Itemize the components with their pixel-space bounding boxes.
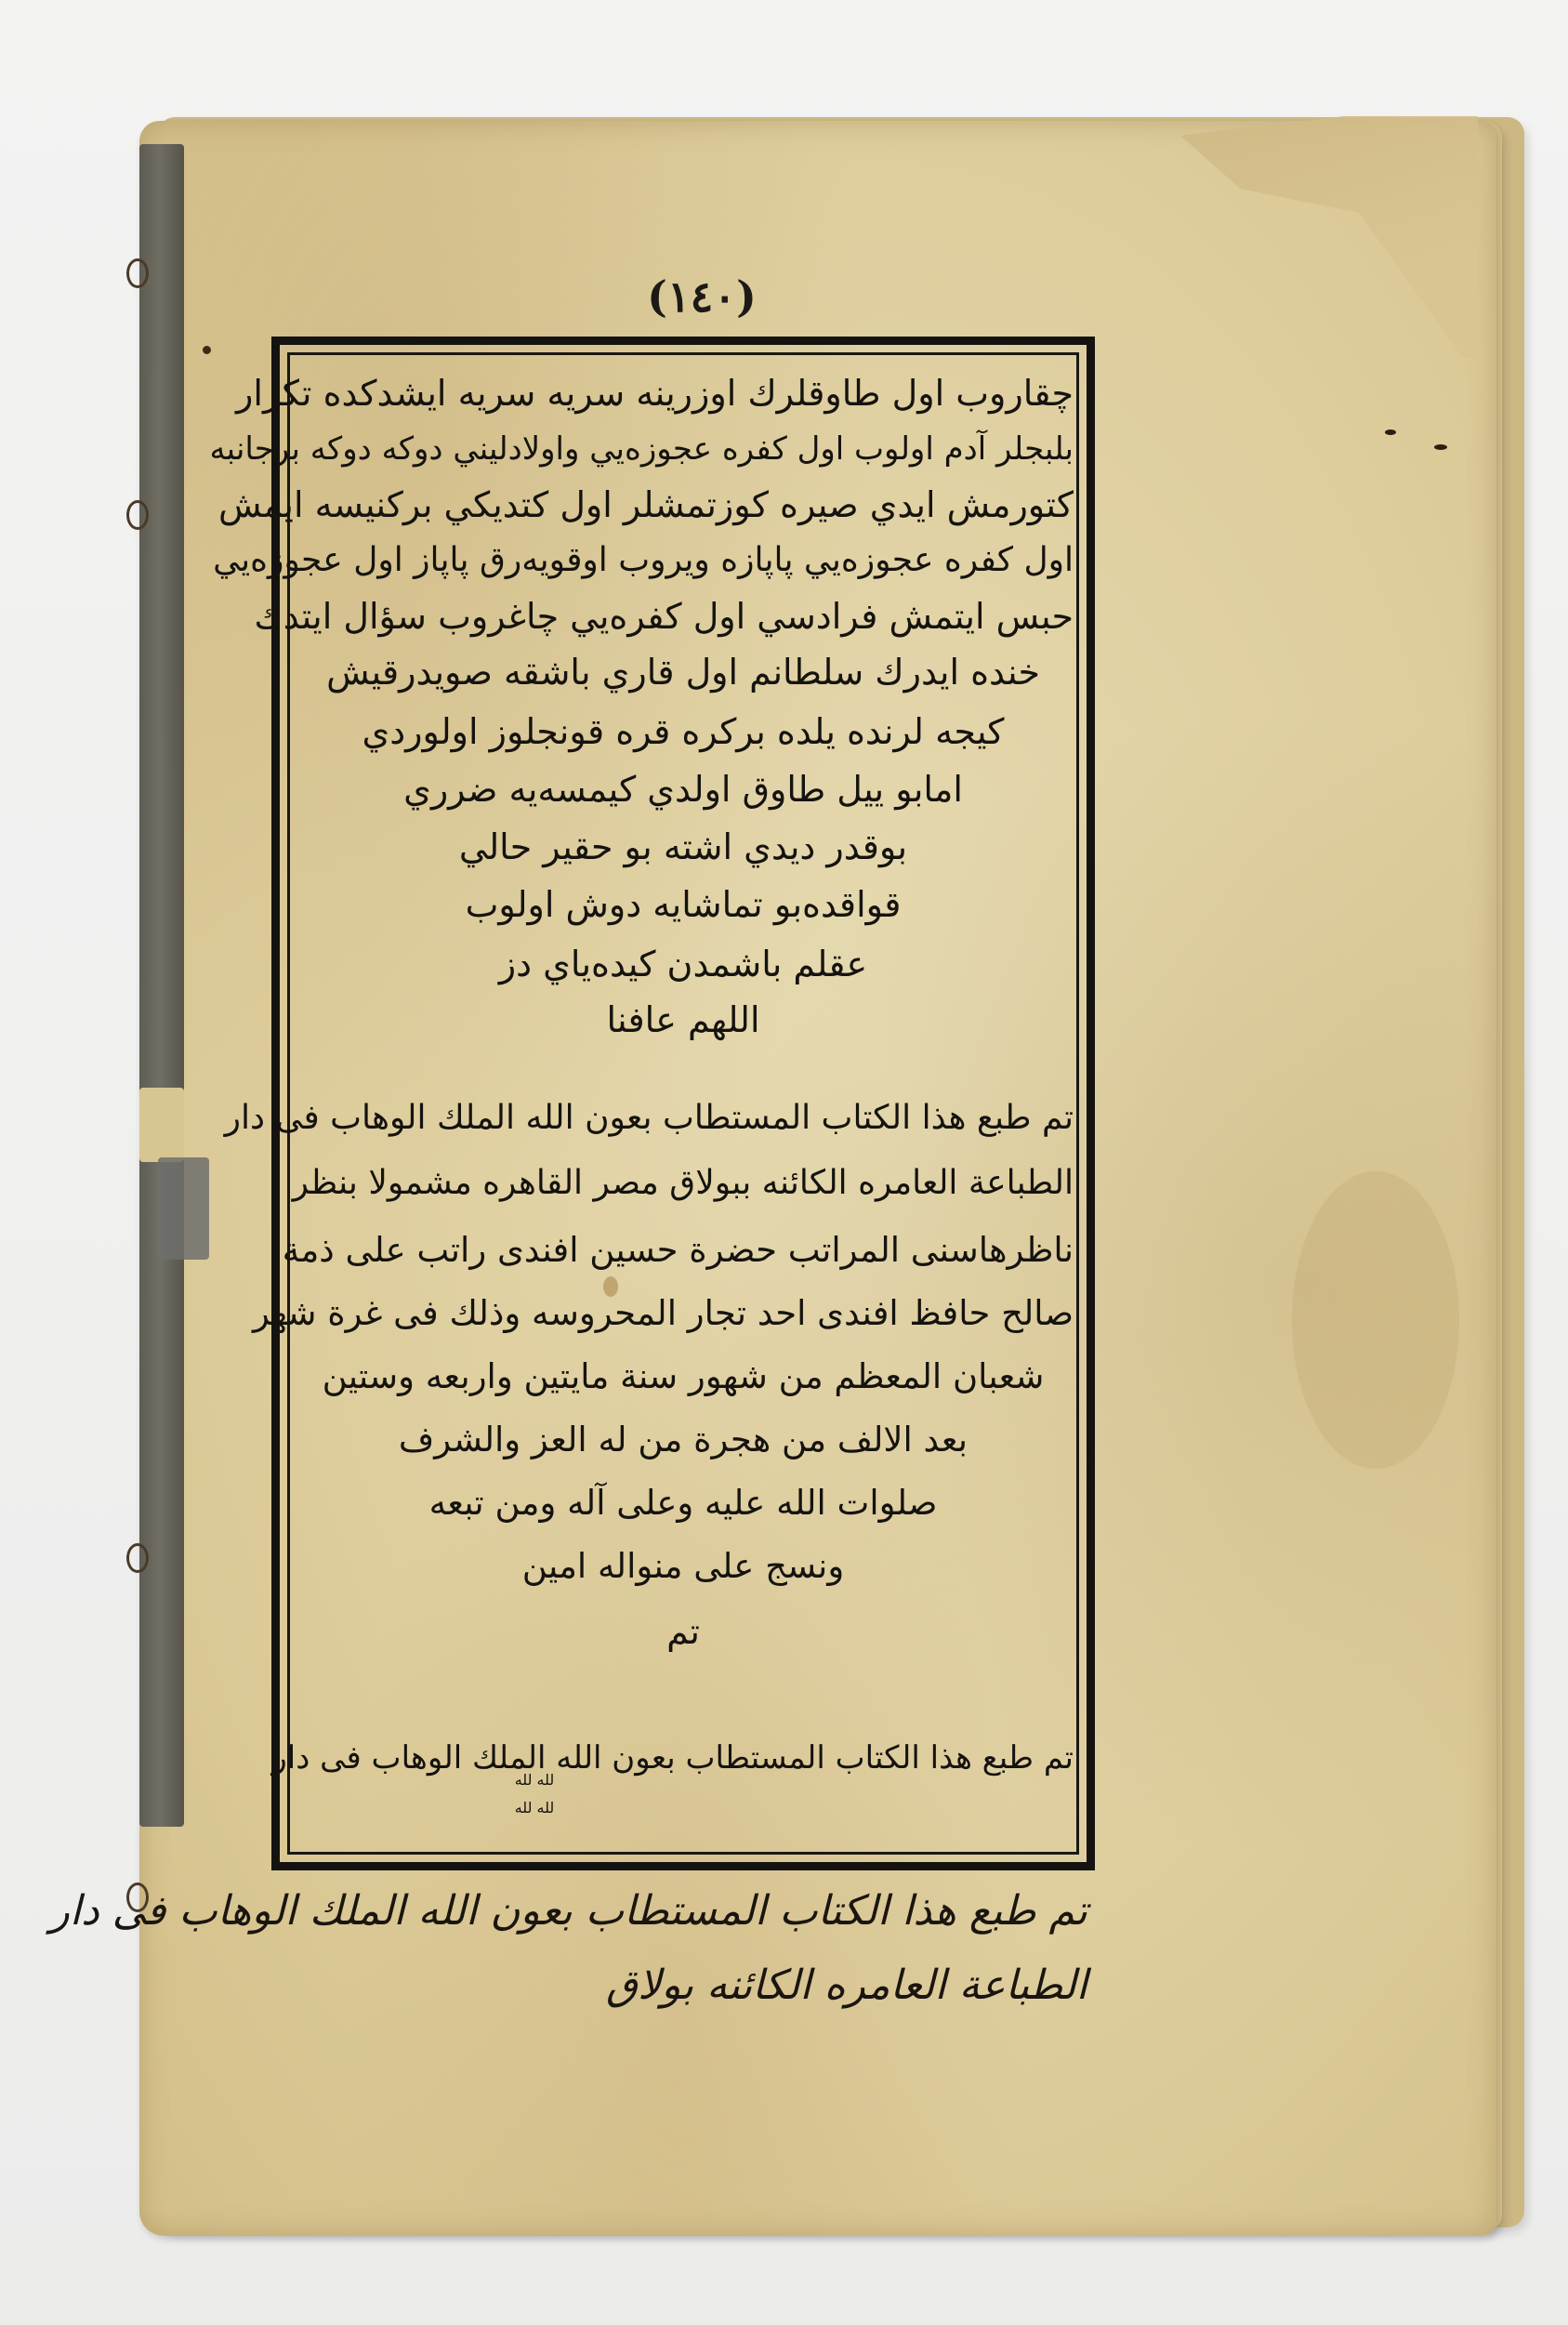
handwritten-mark: لله لله xyxy=(488,1771,581,1790)
stitch-thread xyxy=(126,258,149,288)
ink-spot xyxy=(203,346,211,354)
ink-spot xyxy=(1385,429,1396,435)
colophon-line: صالح حافظ افندى احد تجار المحروسه وذلك ف… xyxy=(293,1286,1074,1341)
colophon-line: ونسج على منواله امين xyxy=(293,1539,1074,1594)
body-line: اللهم عافنا xyxy=(293,992,1074,1048)
inner-handwritten-line: تم طبع هذا الكتاب المستطاب بعون الله الم… xyxy=(293,1730,1074,1786)
body-line: خنده ايدرك سلطانم اول قاري باشقه صويدرقي… xyxy=(293,644,1074,700)
body-line: بلبجلر آدم اولوب اول كفره عجوزه‌يي واولا… xyxy=(293,421,1074,477)
spine-gap xyxy=(139,1088,184,1162)
ink-spot xyxy=(1434,444,1447,450)
body-line: بوقدر ديدي اشته بو حقير حالي xyxy=(293,819,1074,875)
colophon-end-mark: تم xyxy=(293,1604,1074,1659)
body-line: كيجه لرنده يلده بركره قره قونجلوز اولورد… xyxy=(293,704,1074,760)
handwritten-mark: لله لله xyxy=(488,1799,581,1817)
colophon-line: الطباعة العامره الكائنه ببولاق مصر القاه… xyxy=(293,1156,1074,1211)
text-frame: چقاروب اول طاوقلرك اوزرينه سريه سريه ايش… xyxy=(271,337,1095,1870)
colophon-line: صلوات الله عليه وعلى آله ومن تبعه xyxy=(293,1475,1074,1531)
stitch-thread xyxy=(126,1543,149,1573)
water-stain xyxy=(1292,1171,1459,1469)
colophon-line: شعبان المعظم من شهور سنة مايتين واربعه و… xyxy=(293,1349,1074,1405)
margin-handwritten-line: الطباعة العامره الكائنه بولاق xyxy=(586,1962,1087,2009)
colophon-line: تم طبع هذا الكتاب المستطاب بعون الله الم… xyxy=(293,1090,1074,1146)
spine-tape xyxy=(158,1157,209,1260)
body-line: عقلم باشمدن كيده‌ياي دز xyxy=(293,936,1074,992)
page-number: (١٤٠) xyxy=(632,271,771,322)
spine-binding xyxy=(139,144,184,1827)
text-block: چقاروب اول طاوقلرك اوزرينه سريه سريه ايش… xyxy=(293,358,1074,1849)
body-line: كتورمش ايدي صيره كوزتمشلر اول كتديكي برك… xyxy=(293,477,1074,533)
margin-handwritten-line: تم طبع هذا الكتاب المستطاب بعون الله الم… xyxy=(232,1887,1087,1935)
body-line: حبس ايتمش فرادسي اول كفره‌يي چاغروب سؤال… xyxy=(293,588,1074,644)
stitch-thread xyxy=(126,500,149,530)
body-line: امابو ييل طاوق اولدي كيمسه‌يه ضرري xyxy=(293,761,1074,817)
colophon-line: بعد الالف من هجرة من له العز والشرف xyxy=(293,1412,1074,1468)
body-line: قواقده‌بو تماشايه دوش اولوب xyxy=(293,877,1074,932)
body-line: اول كفره عجوزه‌يي پاپازه ويروب اوقويه‌رق… xyxy=(293,533,1074,588)
body-line: چقاروب اول طاوقلرك اوزرينه سريه سريه ايش… xyxy=(293,365,1074,421)
colophon-line: ناظرهاسنى المراتب حضرة حسين افندى راتب ع… xyxy=(293,1222,1074,1278)
